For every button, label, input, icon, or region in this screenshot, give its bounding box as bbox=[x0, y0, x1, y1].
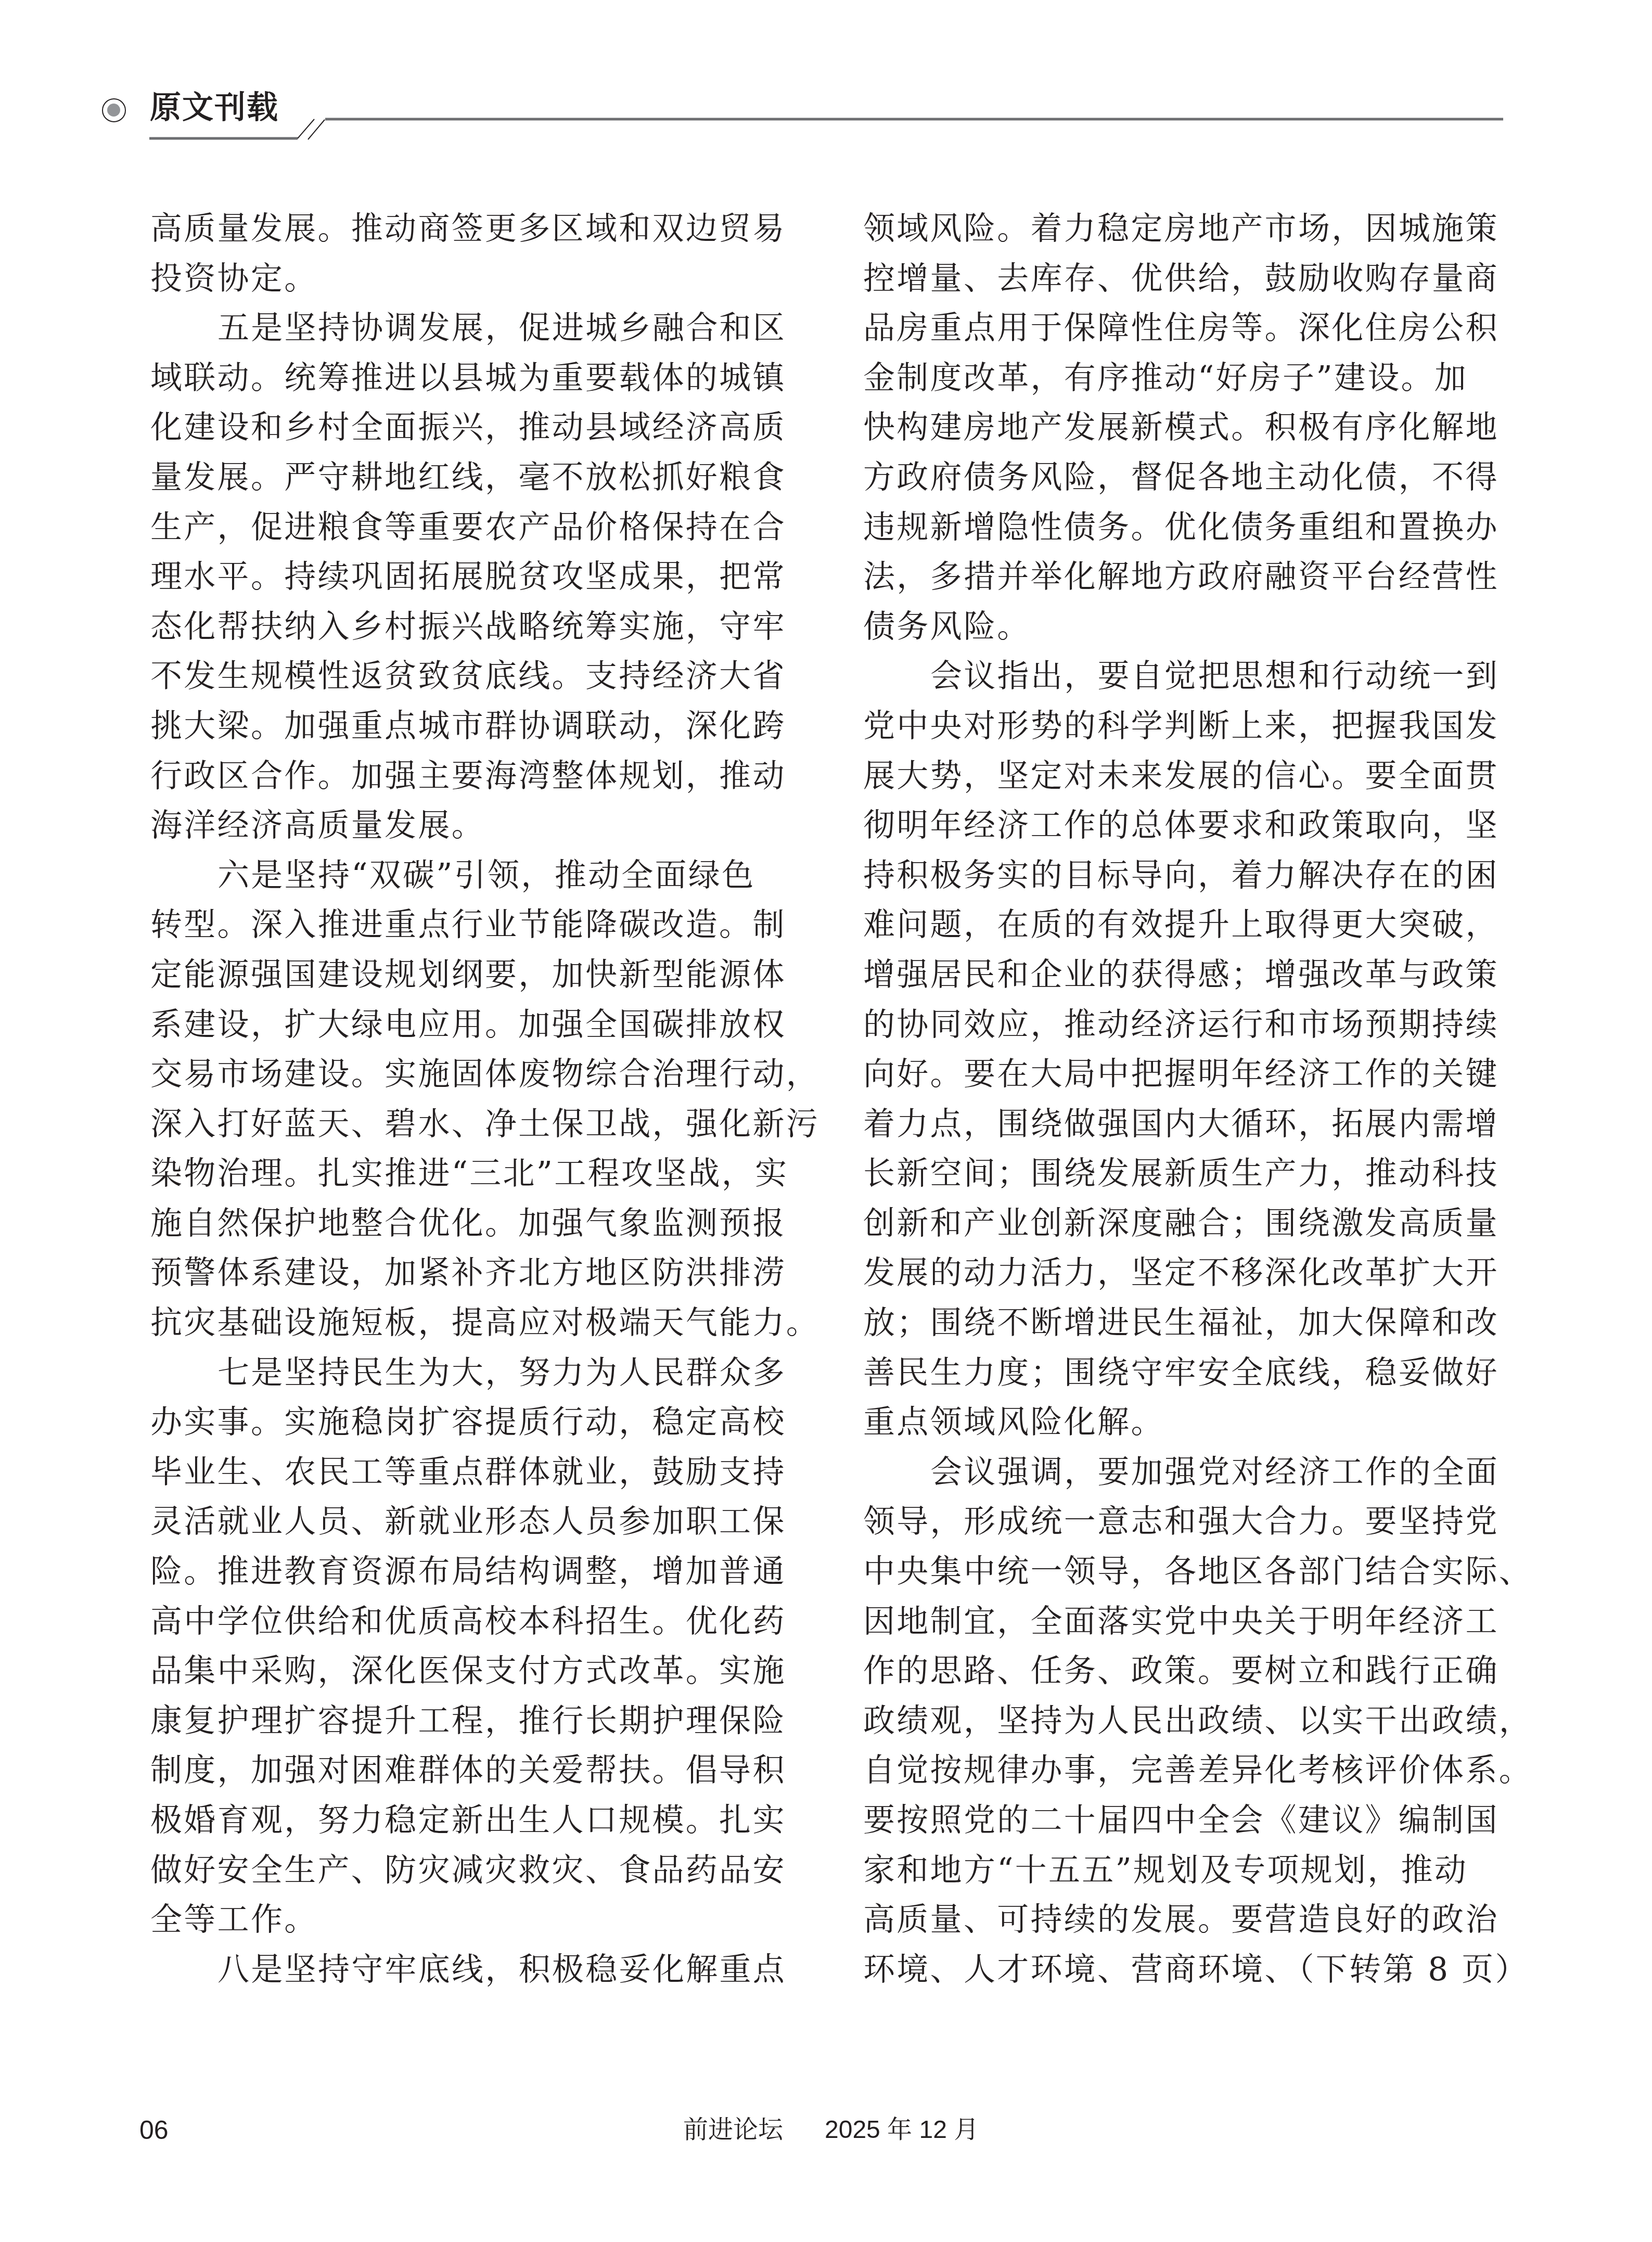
text-line: 不发生规模性返贫致贫底线。支持经济大省 bbox=[150, 651, 790, 701]
text-line: 高中学位供给和优质高校本科招生。优化药 bbox=[150, 1597, 790, 1647]
text-line: 量发展。严守耕地红线，毫不放松抓好粮食 bbox=[150, 453, 790, 503]
text-line: 抗灾基础设施短板，提高应对极端天气能力。 bbox=[150, 1298, 790, 1348]
text-line: 因地制宜，全面落实党中央关于明年经济工 bbox=[863, 1597, 1503, 1647]
article-column-left: 高质量发展。推动商签更多区域和双边贸易投资协定。五是坚持协调发展，促进城乡融合和… bbox=[150, 204, 790, 1994]
text-line: 政绩观，坚持为人民出政绩、以实干出政绩， bbox=[863, 1696, 1503, 1746]
text-line: 控增量、去库存、优供给，鼓励收购存量商 bbox=[863, 254, 1503, 304]
text-line: 债务风险。 bbox=[863, 602, 1503, 652]
paragraph-first-line: 会议指出，要自觉把思想和行动统一到 bbox=[863, 651, 1503, 701]
text-line: 法，多措并举化解地方政府融资平台经营性 bbox=[863, 552, 1503, 602]
text-line: 向好。要在大局中把握明年经济工作的关键 bbox=[863, 1049, 1503, 1099]
text-line: 高质量发展。推动商签更多区域和双边贸易 bbox=[150, 204, 790, 254]
text-line: 创新和产业创新深度融合；围绕激发高质量 bbox=[863, 1199, 1503, 1249]
text-line: 域联动。统筹推进以县城为重要载体的城镇 bbox=[150, 353, 790, 403]
text-line: 党中央对形势的科学判断上来，把握我国发 bbox=[863, 701, 1503, 751]
paragraph-first-line: 七是坚持民生为大，努力为人民群众多 bbox=[150, 1348, 790, 1398]
text-line: 展大势，坚定对未来发展的信心。要全面贯 bbox=[863, 751, 1503, 801]
text-line: 善民生力度；围绕守牢安全底线，稳妥做好 bbox=[863, 1348, 1503, 1398]
article-column-right: 领域风险。着力稳定房地产市场，因城施策控增量、去库存、优供给，鼓励收购存量商品房… bbox=[863, 204, 1503, 1994]
text-line: 领域风险。着力稳定房地产市场，因城施策 bbox=[863, 204, 1503, 254]
text-line: 放；围绕不断增进民生福祉，加大保障和改 bbox=[863, 1298, 1503, 1348]
text-line: 持积极务实的目标导向，着力解决存在的困 bbox=[863, 851, 1503, 901]
paragraph-first-line: 八是坚持守牢底线，积极稳妥化解重点 bbox=[150, 1945, 790, 1995]
text-line: 制度，加强对困难群体的关爱帮扶。倡导积 bbox=[150, 1746, 790, 1796]
text-line: 理水平。持续巩固拓展脱贫攻坚成果，把常 bbox=[150, 552, 790, 602]
text-line: 增强居民和企业的获得感；增强改革与政策 bbox=[863, 950, 1503, 1000]
text-line: 极婚育观，努力稳定新出生人口规模。扎实 bbox=[150, 1796, 790, 1846]
text-line: 快构建房地产发展新模式。积极有序化解地 bbox=[863, 403, 1503, 453]
text-line: 生产，促进粮食等重要农产品价格保持在合 bbox=[150, 503, 790, 553]
text-line: 挑大梁。加强重点城市群协调联动，深化跨 bbox=[150, 701, 790, 751]
text-line: 领导，形成统一意志和强大合力。要坚持党 bbox=[863, 1497, 1503, 1547]
text-line: 着力点，围绕做强国内大循环，拓展内需增 bbox=[863, 1099, 1503, 1149]
text-line: 康复护理扩容提升工程，推行长期护理保险 bbox=[150, 1696, 790, 1746]
text-line: 自觉按规律办事，完善差异化考核评价体系。 bbox=[863, 1746, 1503, 1796]
text-line: 系建设，扩大绿电应用。加强全国碳排放权 bbox=[150, 1000, 790, 1050]
page-footer: 06 前进论坛 2025 年 12 月 bbox=[0, 2112, 1652, 2149]
paragraph-first-line: 五是坚持协调发展，促进城乡融合和区 bbox=[150, 303, 790, 353]
text-line: 作的思路、任务、政策。要树立和践行正确 bbox=[863, 1646, 1503, 1696]
text-line: 的协同效应，推动经济运行和市场预期持续 bbox=[863, 1000, 1503, 1050]
text-line: 高质量、可持续的发展。要营造良好的政治 bbox=[863, 1895, 1503, 1945]
text-line: 定能源强国建设规划纲要，加快新型能源体 bbox=[150, 950, 790, 1000]
text-line: 彻明年经济工作的总体要求和政策取向，坚 bbox=[863, 801, 1503, 851]
text-line: 难问题，在质的有效提升上取得更大突破， bbox=[863, 900, 1503, 950]
section-header: 原文刊载 bbox=[0, 0, 1652, 156]
text-line: 要按照党的二十届四中全会《建议》编制国 bbox=[863, 1796, 1503, 1846]
text-line: 毕业生、农民工等重点群体就业，鼓励支持 bbox=[150, 1447, 790, 1497]
text-line: 做好安全生产、防灾减灾救灾、食品药品安 bbox=[150, 1846, 790, 1895]
text-line: 重点领域风险化解。 bbox=[863, 1398, 1503, 1447]
page-number: 06 bbox=[139, 2116, 169, 2145]
text-line: 中央集中统一领导，各地区各部门结合实际、 bbox=[863, 1547, 1503, 1597]
text-line: 金制度改革，有序推动“好房子”建设。加 bbox=[863, 353, 1503, 403]
text-line: 预警体系建设，加紧补齐北方地区防洪排涝 bbox=[150, 1248, 790, 1298]
text-line: 投资协定。 bbox=[150, 254, 790, 304]
paragraph-first-line: 六是坚持“双碳”引领，推动全面绿色 bbox=[150, 851, 790, 901]
issue-date: 2025 年 12 月 bbox=[825, 2116, 979, 2145]
journal-name: 前进论坛 bbox=[683, 2116, 783, 2145]
text-line: 行政区合作。加强主要海湾整体规划，推动 bbox=[150, 751, 790, 801]
text-line: 深入打好蓝天、碧水、净土保卫战，强化新污 bbox=[150, 1099, 790, 1149]
text-line: 全等工作。 bbox=[150, 1895, 790, 1945]
text-line: 方政府债务风险，督促各地主动化债，不得 bbox=[863, 453, 1503, 503]
text-line: 化建设和乡村全面振兴，推动县域经济高质 bbox=[150, 403, 790, 453]
text-line: 发展的动力活力，坚定不移深化改革扩大开 bbox=[863, 1248, 1503, 1298]
text-line: 转型。深入推进重点行业节能降碳改造。制 bbox=[150, 900, 790, 950]
text-line: 海洋经济高质量发展。 bbox=[150, 801, 790, 851]
text-line: 施自然保护地整合优化。加强气象监测预报 bbox=[150, 1199, 790, 1249]
text-line: 态化帮扶纳入乡村振兴战略统筹实施，守牢 bbox=[150, 602, 790, 652]
text-line: 险。推进教育资源布局结构调整，增加普通 bbox=[150, 1547, 790, 1597]
paragraph-first-line: 会议强调，要加强党对经济工作的全面 bbox=[863, 1447, 1503, 1497]
text-line: 染物治理。扎实推进“三北”工程攻坚战，实 bbox=[150, 1149, 790, 1199]
text-line: 违规新增隐性债务。优化债务重组和置换办 bbox=[863, 503, 1503, 553]
text-line: 环境、人才环境、营商环境、（下转第 8 页） bbox=[863, 1945, 1503, 1995]
text-line: 交易市场建设。实施固体废物综合治理行动， bbox=[150, 1049, 790, 1099]
text-line: 家和地方“十五五”规划及专项规划，推动 bbox=[863, 1846, 1503, 1895]
text-line: 灵活就业人员、新就业形态人员参加职工保 bbox=[150, 1497, 790, 1547]
text-line: 品房重点用于保障性住房等。深化住房公积 bbox=[863, 303, 1503, 353]
header-rule-divider bbox=[0, 0, 1652, 156]
text-line: 品集中采购，深化医保支付方式改革。实施 bbox=[150, 1646, 790, 1696]
text-line: 办实事。实施稳岗扩容提质行动，稳定高校 bbox=[150, 1398, 790, 1447]
text-line: 长新空间；围绕发展新质生产力，推动科技 bbox=[863, 1149, 1503, 1199]
